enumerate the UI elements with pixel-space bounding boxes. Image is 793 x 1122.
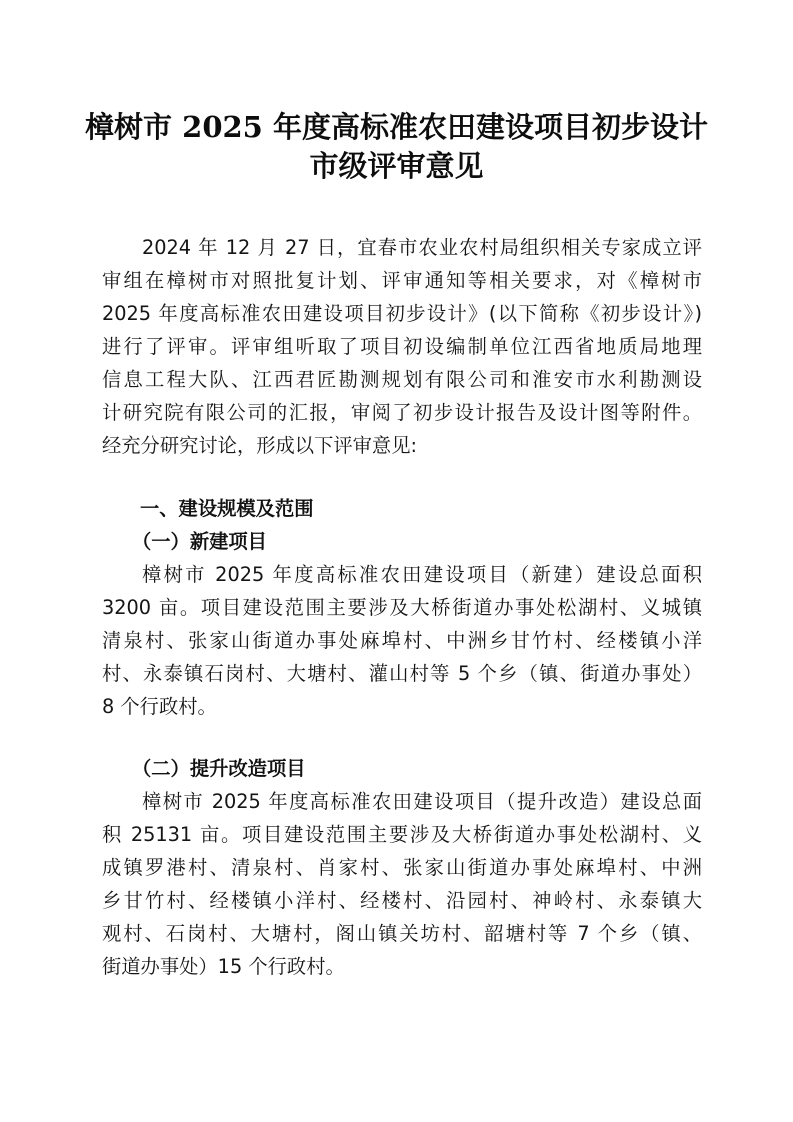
section-1-heading: 一、建设规模及范围 bbox=[140, 496, 314, 522]
intro-line-3: 2025 年度高标准农田建设项目初步设计》(以下简称《初步设计》) bbox=[102, 301, 702, 327]
subsection-2-line-3: 成镇罗港村、清泉村、肖家村、张家山街道办事处麻埠村、中洲 bbox=[102, 855, 702, 881]
subsection-2-heading: （二）提升改造项目 bbox=[132, 756, 306, 782]
subsection-2-line-5: 观村、石岗村、大塘村，阁山镇关坊村、韶塘村等 7 个乡（镇、 bbox=[102, 921, 702, 947]
document-title-line-2: 市级评审意见 bbox=[60, 146, 733, 186]
intro-line-4: 进行了评审。评审组听取了项目初设编制单位江西省地质局地理 bbox=[102, 334, 702, 360]
subsection-2-line-1: 樟树市 2025 年度高标准农田建设项目（提升改造）建设总面 bbox=[142, 789, 702, 815]
intro-line-1: 2024 年 12 月 27 日，宜春市农业农村局组织相关专家成立评 bbox=[142, 235, 702, 261]
subsection-2-line-6: 街道办事处）15 个行政村。 bbox=[102, 954, 702, 980]
subsection-1-line-1: 樟树市 2025 年度高标准农田建设项目（新建）建设总面积 bbox=[142, 562, 702, 588]
subsection-2-line-4: 乡甘竹村、经楼镇小洋村、经楼村、沿园村、神岭村、永泰镇大 bbox=[102, 888, 702, 914]
intro-line-2: 审组在樟树市对照批复计划、评审通知等相关要求，对《樟树市 bbox=[102, 268, 702, 294]
subsection-1-line-5: 8 个行政村。 bbox=[102, 694, 702, 720]
subsection-1-heading: （一）新建项目 bbox=[132, 529, 267, 555]
intro-line-6: 计研究院有限公司的汇报，审阅了初步设计报告及设计图等附件。 bbox=[102, 400, 702, 426]
intro-line-7: 经充分研究讨论，形成以下评审意见: bbox=[102, 433, 702, 459]
subsection-2-line-2: 积 25131 亩。项目建设范围主要涉及大桥街道办事处松湖村、义 bbox=[102, 822, 702, 848]
subsection-1-line-3: 清泉村、张家山街道办事处麻埠村、中洲乡甘竹村、经楼镇小洋 bbox=[102, 628, 702, 654]
subsection-1-line-4: 村、永泰镇石岗村、大塘村、灌山村等 5 个乡（镇、街道办事处） bbox=[102, 661, 702, 687]
subsection-1-line-2: 3200 亩。项目建设范围主要涉及大桥街道办事处松湖村、义城镇 bbox=[102, 595, 702, 621]
intro-line-5: 信息工程大队、江西君匠勘测规划有限公司和淮安市水利勘测设 bbox=[102, 367, 702, 393]
document-page: 樟树市 2025 年度高标准农田建设项目初步设计 市级评审意见 2024 年 1… bbox=[0, 0, 793, 1122]
document-title-line-1: 樟树市 2025 年度高标准农田建设项目初步设计 bbox=[60, 107, 733, 147]
